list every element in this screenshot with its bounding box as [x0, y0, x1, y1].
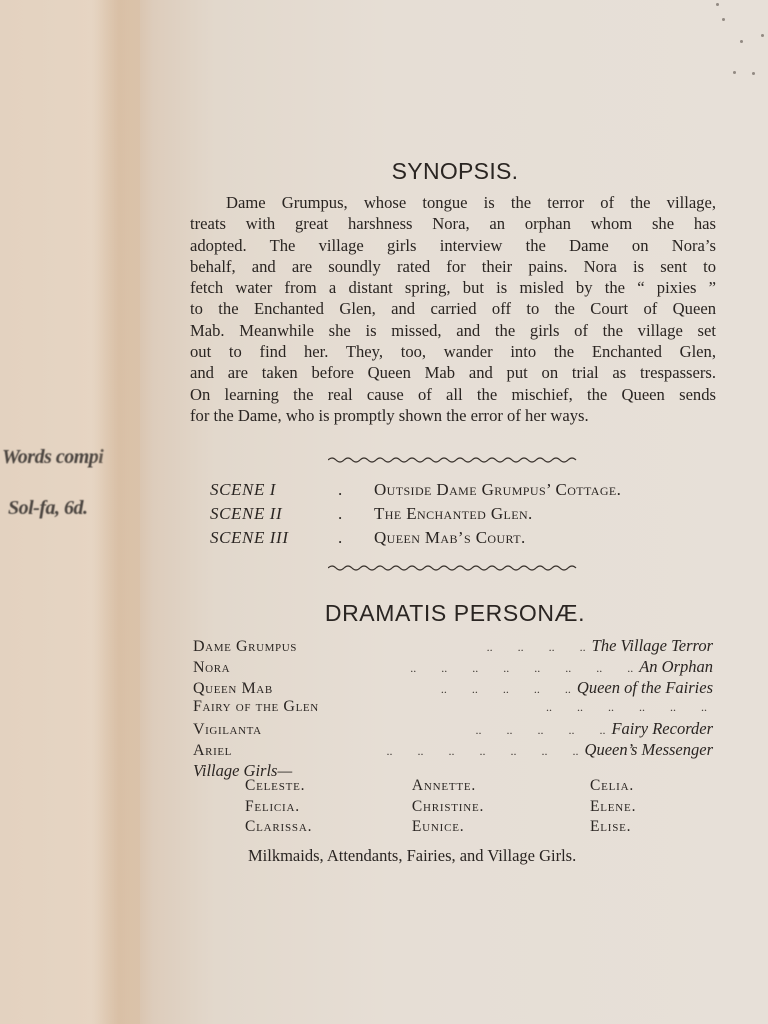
- scene-place: Queen Mab’s Court.: [374, 528, 526, 548]
- girl-name: Celeste.: [245, 777, 412, 798]
- girl-name: Felicia.: [245, 798, 412, 819]
- cast-row: Queen Mab .. .. .. .. .. Queen of the Fa…: [193, 678, 713, 699]
- scene-number: SCENE I: [210, 480, 338, 500]
- scene-row: SCENE II . The Enchanted Glen.: [210, 504, 720, 528]
- character-role: An Orphan: [639, 657, 713, 677]
- girl-name: Eunice.: [412, 818, 590, 839]
- synopsis-line: Dame Grumpus, whose tongue is the terror…: [190, 192, 716, 213]
- girls-row: Felicia. Christine. Elene.: [245, 798, 665, 819]
- synopsis-title: SYNOPSIS.: [190, 158, 720, 185]
- paper-speck: [761, 34, 764, 37]
- cast-row: Vigilanta .. .. .. .. .. Fairy Recorder: [193, 719, 713, 740]
- scene-separator: .: [338, 528, 374, 548]
- synopsis-line: and are taken before Queen Mab and put o…: [190, 362, 716, 383]
- leader-dots: .. .. .. .. .. ..: [319, 700, 713, 715]
- scene-list: SCENE I . Outside Dame Grumpus’ Cottage.…: [210, 480, 720, 552]
- paper-speck: [740, 40, 743, 43]
- synopsis-line: for the Dame, who is promptly shown the …: [190, 405, 716, 426]
- scene-number: SCENE II: [210, 504, 338, 524]
- leader-dots: .. .. .. .. ..: [273, 682, 577, 697]
- cast-row: Fairy of the Glen .. .. .. .. .. ..: [193, 698, 713, 719]
- leader-dots: .. .. .. ..: [297, 640, 592, 655]
- character-role: Queen of the Fairies: [577, 678, 713, 698]
- leader-dots: .. .. .. .. .. .. ..: [232, 744, 585, 759]
- extras-line: Milkmaids, Attendants, Fairies, and Vill…: [248, 846, 576, 866]
- paper-speck: [752, 72, 755, 75]
- village-girls-grid: Celeste. Annette. Celia. Felicia. Christ…: [245, 777, 665, 839]
- girls-row: Clarissa. Eunice. Elise.: [245, 818, 665, 839]
- cast-row: Dame Grumpus .. .. .. .. The Village Ter…: [193, 636, 713, 657]
- character-name: Dame Grumpus: [193, 638, 297, 656]
- cast-row: Nora .. .. .. .. .. .. .. .. An Orphan: [193, 657, 713, 678]
- girl-name: Christine.: [412, 798, 590, 819]
- scene-separator: .: [338, 480, 374, 500]
- character-name: Nora: [193, 659, 230, 677]
- cast-row: Ariel .. .. .. .. .. .. .. Queen’s Messe…: [193, 740, 713, 761]
- cast-list: Dame Grumpus .. .. .. .. The Village Ter…: [193, 636, 713, 781]
- scene-row: SCENE III . Queen Mab’s Court.: [210, 528, 720, 552]
- character-role: Fairy Recorder: [611, 719, 713, 739]
- dramatis-personae-title: DRAMATIS PERSONÆ.: [190, 600, 720, 627]
- wavy-divider-icon: [328, 455, 582, 465]
- girl-name: Elene.: [590, 798, 665, 819]
- girl-name: Annette.: [412, 777, 590, 798]
- character-name: Ariel: [193, 742, 232, 760]
- synopsis-line: to the Enchanted Glen, and carried off t…: [190, 298, 716, 319]
- synopsis-body: Dame Grumpus, whose tongue is the terror…: [190, 192, 716, 426]
- synopsis-line: out to find her. They, too, wander into …: [190, 341, 716, 362]
- character-name: Queen Mab: [193, 680, 273, 698]
- scene-row: SCENE I . Outside Dame Grumpus’ Cottage.: [210, 480, 720, 504]
- wavy-divider-icon: [328, 563, 582, 573]
- book-gutter: [92, 0, 152, 1024]
- scene-number: SCENE III: [210, 528, 338, 548]
- scene-separator: .: [338, 504, 374, 524]
- scene-place: The Enchanted Glen.: [374, 504, 533, 524]
- paper-speck: [716, 3, 719, 6]
- girl-name: Clarissa.: [245, 818, 412, 839]
- synopsis-line: On learning the real cause of all the mi…: [190, 384, 716, 405]
- synopsis-line: adopted. The village girls interview the…: [190, 235, 716, 256]
- synopsis-line: treats with great harshness Nora, an orp…: [190, 213, 716, 234]
- synopsis-line: behalf, and are soundly rated for their …: [190, 256, 716, 277]
- character-role: The Village Terror: [592, 636, 713, 656]
- character-name: Fairy of the Glen: [193, 698, 319, 716]
- character-name: Vigilanta: [193, 721, 262, 739]
- synopsis-line: Mab. Meanwhile she is missed, and the gi…: [190, 320, 716, 341]
- leader-dots: .. .. .. .. .. .. .. ..: [230, 661, 639, 676]
- synopsis-line: fetch water from a distant spring, but i…: [190, 277, 716, 298]
- left-page-fragment: Sol-fa, 6d.: [8, 497, 88, 520]
- paper-speck: [733, 71, 736, 74]
- girl-name: Celia.: [590, 777, 665, 798]
- character-role: Queen’s Messenger: [585, 740, 713, 760]
- leader-dots: .. .. .. .. ..: [262, 723, 612, 738]
- girl-name: Elise.: [590, 818, 665, 839]
- paper-speck: [722, 18, 725, 21]
- girls-row: Celeste. Annette. Celia.: [245, 777, 665, 798]
- scene-place: Outside Dame Grumpus’ Cottage.: [374, 480, 621, 500]
- left-page-fragment: Words compi: [2, 446, 103, 469]
